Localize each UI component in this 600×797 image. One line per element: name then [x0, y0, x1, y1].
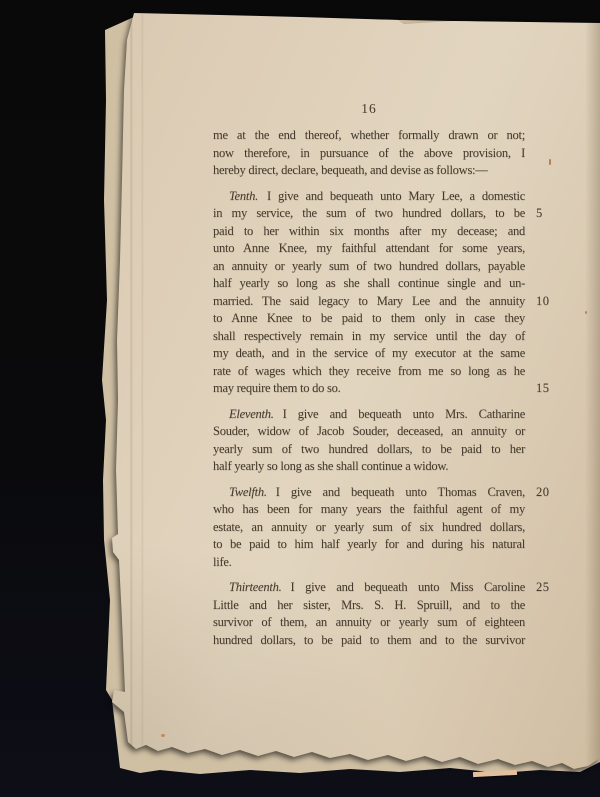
text-line: paid to her within six months after my d… — [213, 223, 525, 241]
text-line: life. — [213, 554, 525, 572]
text-line: half yearly so long as she shall continu… — [213, 458, 525, 476]
text-line: unto Anne Knee, my faithful attendant fo… — [213, 240, 525, 258]
text-line: now therefore, in pursuance of the above… — [213, 145, 525, 163]
text-line: Souder, widow of Jacob Souder, deceased,… — [213, 423, 525, 441]
line-number-10: 10 — [536, 293, 550, 311]
text-line: me at the end thereof, whether formally … — [213, 127, 525, 145]
text-line: Tenth.I give and bequeath unto Mary Lee,… — [213, 188, 525, 206]
text-line: my death, and in the service of my execu… — [213, 345, 525, 363]
text-line: shall respectively remain in my service … — [213, 328, 525, 346]
text-line: yearly sum of two hundred dollars, to be… — [213, 441, 525, 459]
book-page: 16 me at the end thereof, whether formal… — [0, 0, 600, 797]
text-line: in my service, the sum of two hundred do… — [213, 205, 525, 223]
text-line: Twelfth.I give and bequeath unto Thomas … — [213, 484, 525, 502]
text-line: Eleventh.I give and bequeath unto Mrs. C… — [213, 406, 525, 424]
line-number-20: 20 — [536, 484, 550, 502]
text-line: Thirteenth.I give and bequeath unto Miss… — [213, 579, 525, 597]
text-line: to Anne Knee to be paid to them only in … — [213, 310, 525, 328]
text-line: married. The said legacy to Mary Lee and… — [213, 293, 525, 311]
page-shadow: 16 me at the end thereof, whether formal… — [0, 0, 600, 797]
text-line: to be paid to him half yearly for and du… — [213, 536, 525, 554]
clause-lead-thirteenth: Thirteenth. — [229, 580, 281, 594]
text-line: may require them to do so.15 — [213, 380, 525, 398]
text-line: survivor of them, an annuity or yearly s… — [213, 614, 525, 632]
clause-lead-twelfth: Twelfth. — [229, 485, 267, 499]
clause-lead-tenth: Tenth. — [229, 189, 258, 203]
line-number-5: 5 — [536, 205, 543, 223]
foxing-spot — [161, 734, 165, 737]
line-number-15: 15 — [536, 380, 550, 398]
text-line: estate, an annuity or yearly sum of six … — [213, 519, 525, 537]
text-line: hereby direct, declare, bequeath, and de… — [213, 162, 525, 180]
foxing-spot — [585, 311, 587, 314]
foxing-spot — [549, 159, 551, 165]
clause-lead-eleventh: Eleventh. — [229, 407, 274, 421]
text-line: Little and her sister, Mrs. S. H. Spruil… — [213, 597, 525, 615]
book-scan: 16 me at the end thereof, whether formal… — [0, 0, 600, 797]
text-line: half yearly so long as she shall continu… — [213, 275, 525, 293]
text-block: 16 me at the end thereof, whether formal… — [213, 100, 525, 649]
text-line: rate of wages which they receive from me… — [213, 363, 525, 381]
text-line: hundred dollars, to be paid to them and … — [213, 632, 525, 650]
page-number: 16 — [213, 100, 525, 118]
line-number-25: 25 — [536, 579, 550, 597]
text-line: who has been for many years the faithful… — [213, 501, 525, 519]
text-line: an annuity or yearly sum of two hundred … — [213, 258, 525, 276]
